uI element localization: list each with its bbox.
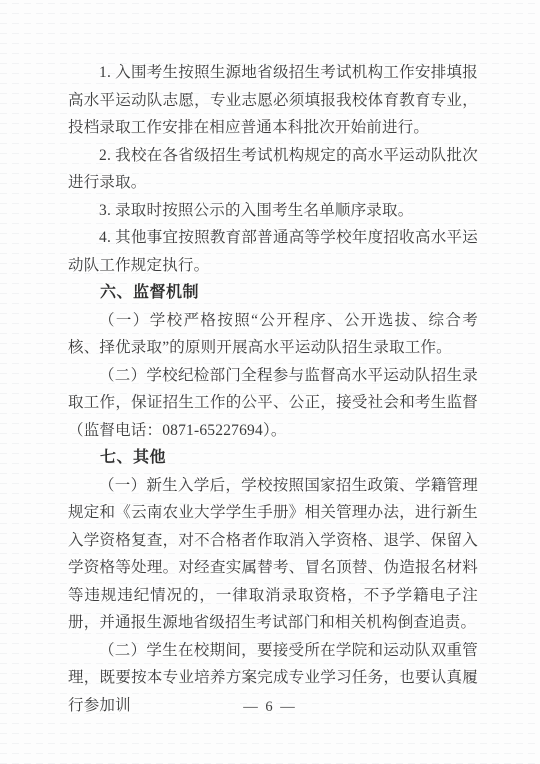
numbered-item-1: 1. 入围考生按照生源地省级招生考试机构工作安排填报高水平运动队志愿，专业志愿必… bbox=[68, 59, 478, 142]
numbered-item-2: 2. 我校在各省级招生考试机构规定的高水平运动队批次进行录取。 bbox=[68, 142, 478, 197]
section-7-paragraph-1: （一）新生入学后，学校按照国家招生政策、学籍管理规定和《云南农业大学学生手册》相… bbox=[68, 472, 478, 637]
page-number: — 6 — bbox=[0, 699, 540, 716]
numbered-item-4: 4. 其他事宜按照教育部普通高等学校年度招收高水平运动队工作规定执行。 bbox=[68, 224, 478, 279]
section-heading-7-other: 七、其他 bbox=[68, 444, 478, 472]
section-heading-6-supervision: 六、监督机制 bbox=[68, 279, 478, 307]
numbered-item-3: 3. 录取时按照公示的入围考生名单顺序录取。 bbox=[68, 197, 478, 225]
section-6-paragraph-2: （二）学校纪检部门全程参与监督高水平运动队招生录取工作，保证招生工作的公平、公正… bbox=[68, 362, 478, 445]
scanned-document: { "document": { "paragraphs": [ { "type"… bbox=[0, 0, 540, 764]
document-page: 1. 入围考生按照生源地省级招生考试机构工作安排填报高水平运动队志愿，专业志愿必… bbox=[0, 0, 540, 764]
section-6-paragraph-1: （一）学校严格按照“公开程序、公开选拔、综合考核、择优录取”的原则开展高水平运动… bbox=[68, 307, 478, 362]
